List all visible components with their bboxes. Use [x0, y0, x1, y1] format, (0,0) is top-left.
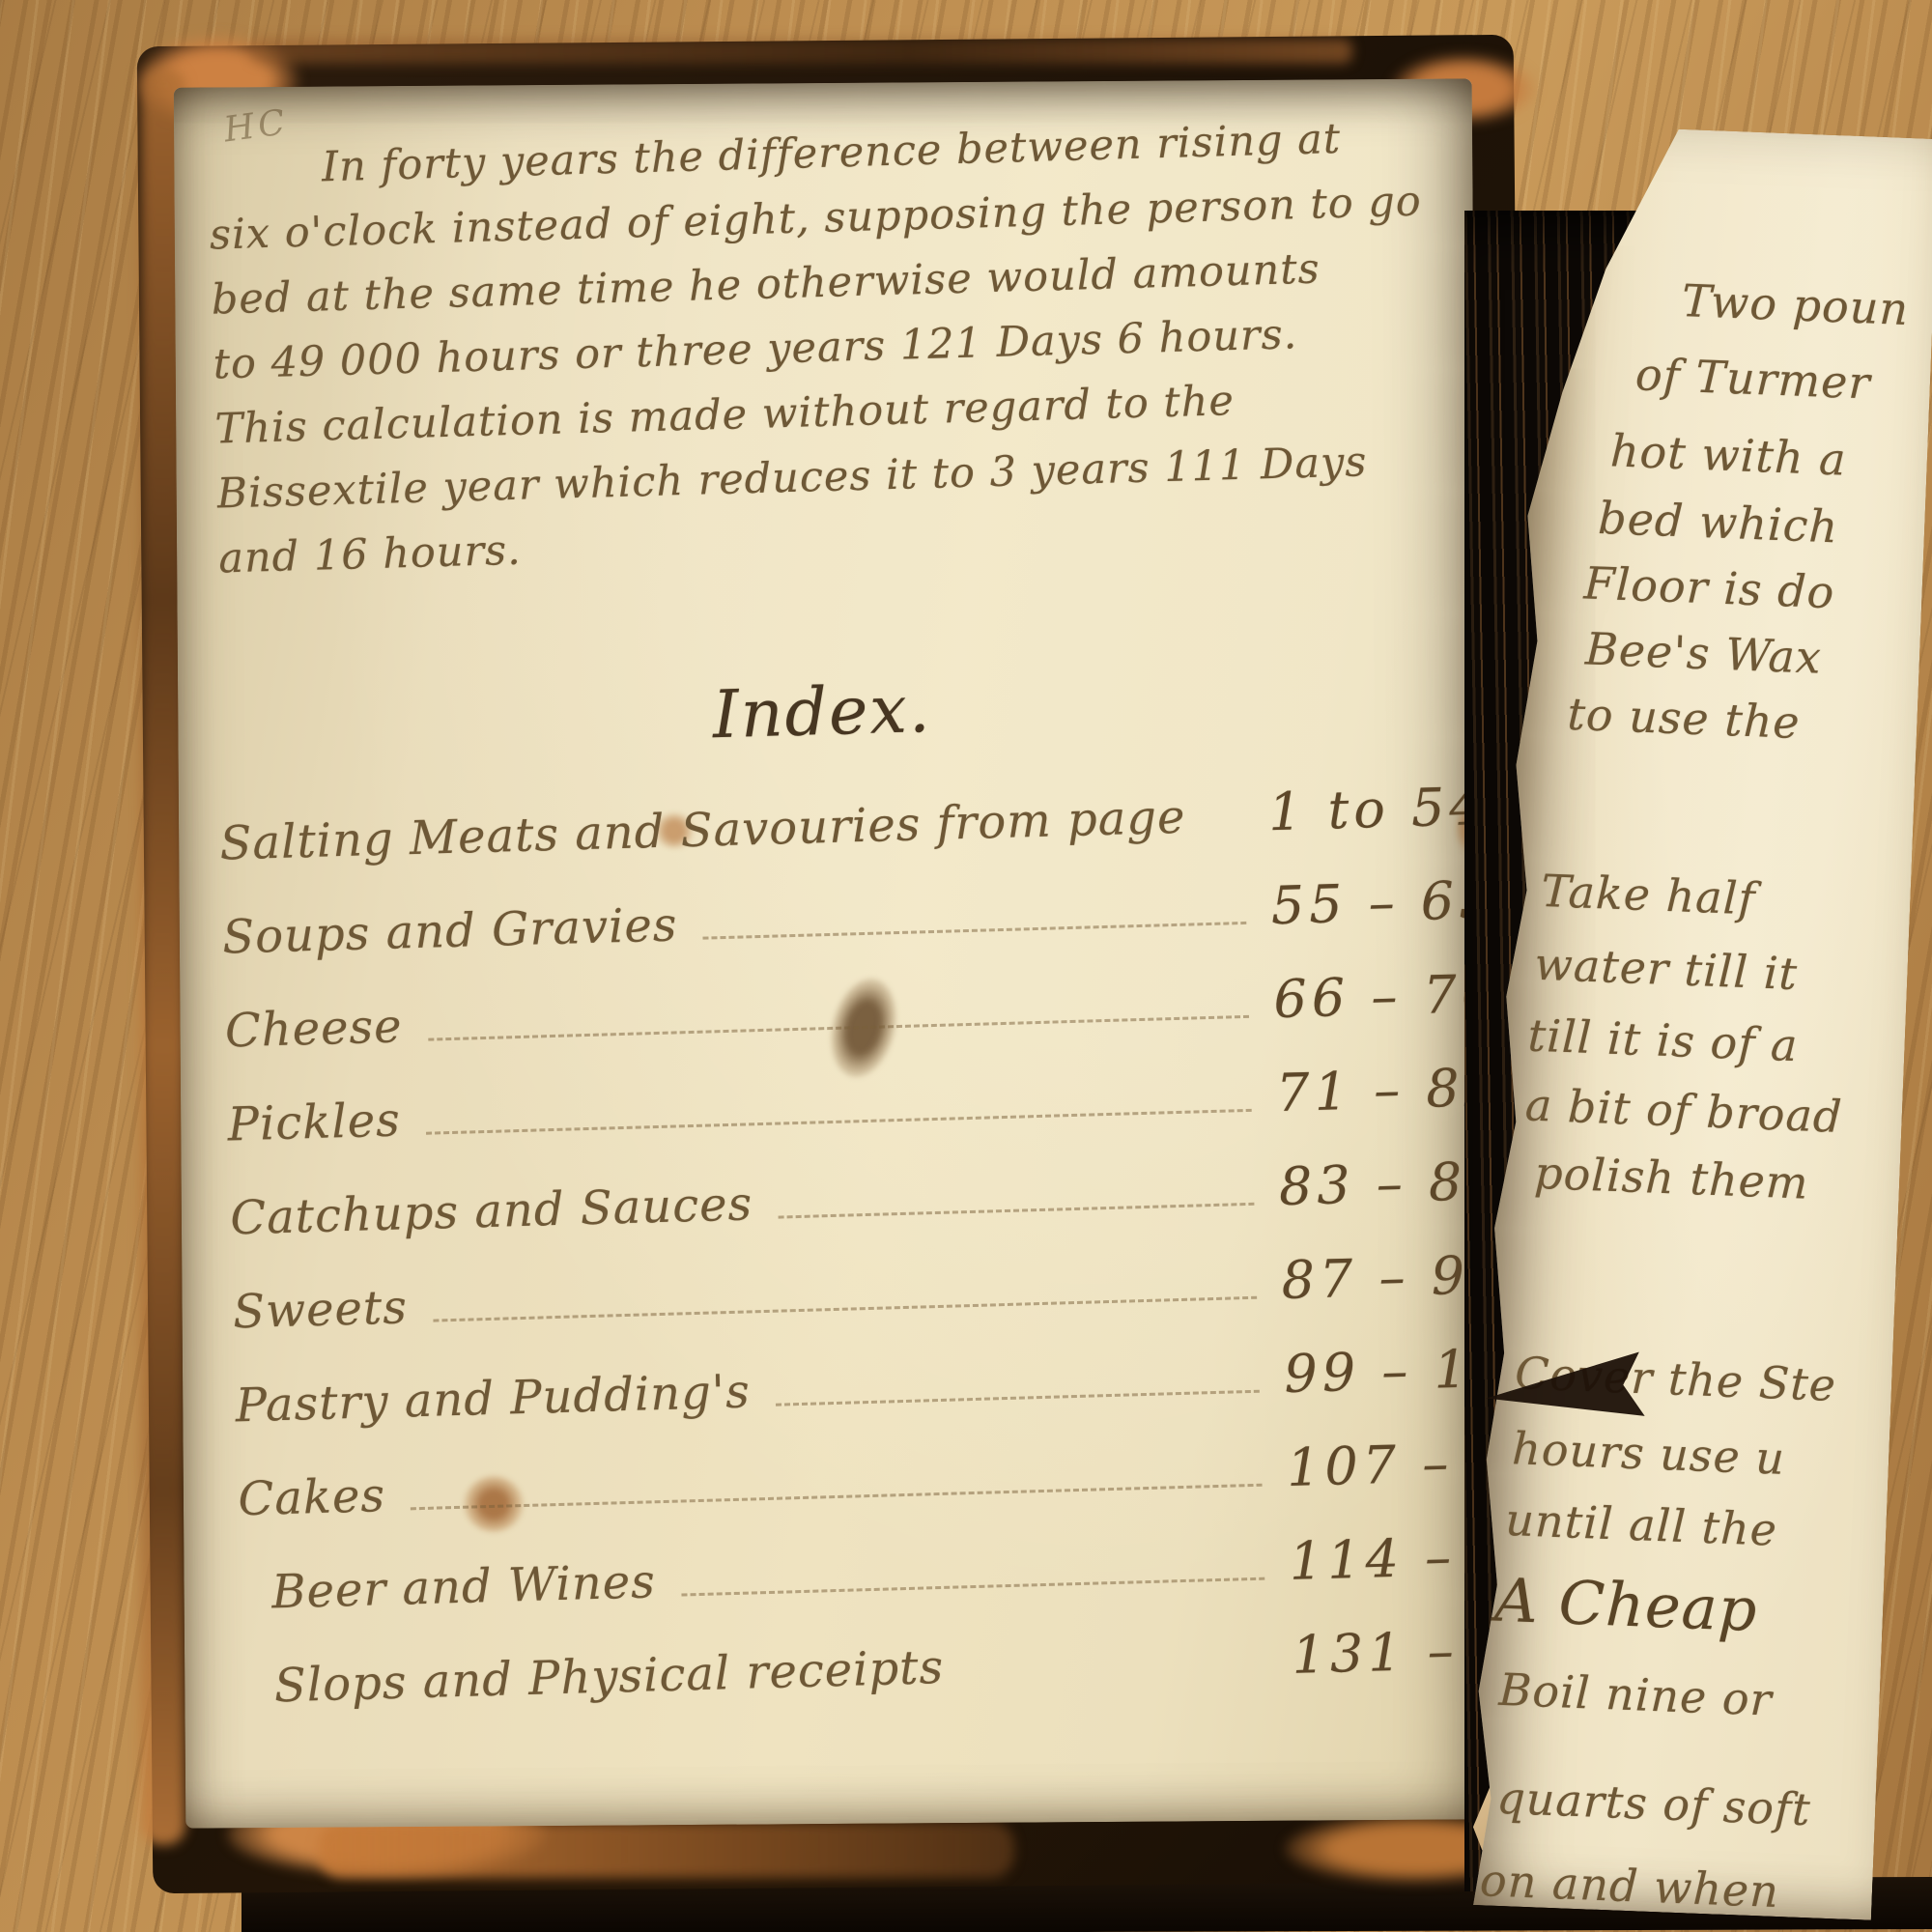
- leader-dashes: [428, 1014, 1249, 1041]
- leader-dashes: [778, 1202, 1254, 1219]
- index-label: Cakes: [238, 1468, 386, 1526]
- leader-dashes: [433, 1295, 1257, 1322]
- leader-dashes: [1211, 830, 1244, 832]
- leader-dashes: [969, 1673, 1267, 1683]
- index-pages: 1 to 54: [1267, 777, 1463, 843]
- index-label: Cheese: [224, 999, 403, 1058]
- right-page-line: Boil nine or: [1498, 1663, 1774, 1726]
- right-page-line: Floor is do: [1583, 556, 1836, 618]
- index-label: Slops and Physical receipts: [273, 1640, 945, 1713]
- leader-dashes: [681, 1577, 1264, 1597]
- right-page-line: a bit of broad: [1524, 1078, 1843, 1143]
- index-label: Salting Meats and Savouries from page: [219, 790, 1186, 871]
- right-page-line: A Cheap: [1493, 1565, 1759, 1645]
- index-title: Index.: [172, 656, 1472, 768]
- index-label: Catchups and Sauces: [230, 1177, 753, 1245]
- leader-dashes: [426, 1108, 1252, 1135]
- index-pages: 87 – 98: [1281, 1244, 1476, 1311]
- index-pages: 114 – 130: [1289, 1525, 1484, 1592]
- index-pages: 71 – 82: [1275, 1058, 1470, 1124]
- leader-dashes: [703, 921, 1247, 940]
- index-label: Pastry and Pudding's: [235, 1364, 751, 1433]
- right-page-line: Take half: [1540, 865, 1756, 924]
- right-page-line: water till it: [1534, 938, 1799, 1000]
- right-page-line: bed which: [1597, 492, 1839, 554]
- right-page-line: till it is of a: [1527, 1009, 1800, 1071]
- leader-dashes: [776, 1389, 1260, 1406]
- right-page-line: quarts of soft: [1495, 1772, 1811, 1835]
- index-pages: 83 – 86: [1278, 1151, 1473, 1218]
- intro-paragraph: In forty years the difference between ri…: [207, 112, 1446, 599]
- photo-of-open-handwritten-recipe-book: HC In forty years the difference between…: [0, 0, 1932, 1932]
- corner-inscription: HC: [221, 102, 291, 150]
- right-page-line: hot with a: [1609, 424, 1848, 485]
- index-label: Beer and Wines: [270, 1554, 656, 1619]
- index-table: Salting Meats and Savouries from page 1 …: [219, 777, 1488, 1748]
- index-pages: 107 – 113: [1286, 1432, 1481, 1498]
- right-page-line: hours use u: [1511, 1422, 1786, 1485]
- index-pages: 55 – 65: [1270, 870, 1465, 937]
- index-label: Soups and Gravies: [222, 897, 679, 964]
- right-page-line: Bee's Wax: [1584, 622, 1823, 683]
- right-page-line: Two poun: [1681, 274, 1910, 335]
- index-pages: 66 – 70: [1273, 964, 1468, 1031]
- leader-dashes: [411, 1483, 1262, 1511]
- index-pages: 99 – 106: [1283, 1338, 1478, 1405]
- index-label: Sweets: [232, 1280, 408, 1339]
- index-label: Pickles: [227, 1093, 402, 1151]
- right-page-line: polish them: [1533, 1147, 1809, 1209]
- right-page-line: of Turmer: [1634, 348, 1871, 409]
- right-page-line: to use the: [1567, 688, 1802, 749]
- left-page-content: HC In forty years the difference between…: [156, 66, 1502, 1842]
- leather-edge-top: [251, 39, 1352, 64]
- index-pages: 131 – 154: [1292, 1619, 1487, 1686]
- right-page-line: until all the: [1504, 1493, 1777, 1556]
